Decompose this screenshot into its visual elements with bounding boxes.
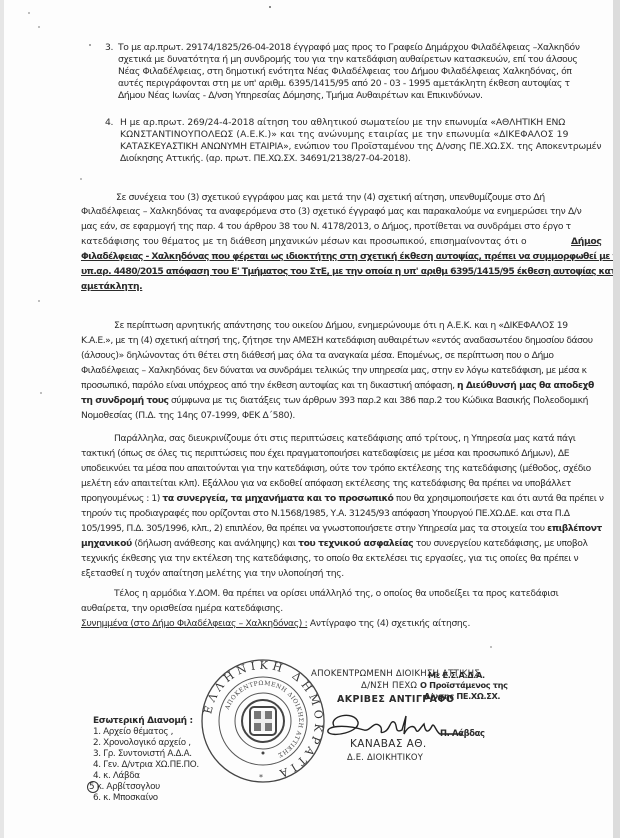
paragraph1-line: κατεδάφισης του θέματος με τη διάθεση μη…: [81, 236, 527, 248]
scan-speck: [490, 646, 492, 648]
paragraph3-line: προηγουμένως : 1) τα συνεργεία, τα μηχαν…: [81, 493, 604, 505]
distribution-item: 3. Γρ. Συντονιστή Α.Δ.Α.: [93, 749, 192, 760]
distribution-item: 2. Χρονολογικό αρχείο ,: [93, 738, 191, 749]
item3-line: σχετικά με δυνατότητα ή μη συνδρομής του…: [118, 54, 577, 66]
paragraph1-line: μας εάν, σε εφαρμογή της παρ. 4 του άρθρ…: [81, 221, 571, 233]
paragraph2-line: (άλσους)» δηλώνοντας ότι θέτει στη διάθε…: [81, 350, 554, 362]
signatory-name: Π. Λάβδας: [440, 727, 485, 739]
paragraph2-line: Νομοθεσίας (Π.Δ. της 14ης 07-1999, ΦΕΚ Δ…: [81, 410, 295, 422]
paragraph3-line: μελέτη εάν απαιτείται κλπ). Εξάλλου για …: [81, 478, 571, 490]
paragraph3-text: (δήλωση ανάθεσης και ανάληψης) και: [134, 538, 295, 549]
certifier-name: ΚΑΝΑΒΑΣ ΑΘ.: [350, 738, 427, 750]
paragraph3-text: προηγουμένως : 1): [81, 493, 160, 504]
distribution-item: 6. κ. Μποσκαίνο: [93, 793, 158, 804]
paragraph4-line: αυθαίρετα, την ορισθείσα ημέρα κατεδάφισ…: [81, 603, 283, 615]
scan-speck: [38, 300, 40, 302]
paragraph3-emphasis: τα συνεργεία, τα μηχανήματα και το προσω…: [162, 493, 393, 504]
item4-line: ΚΑΤΑΣΚΕΥΑΣΤΙΚΗ ΑΝΩΝΥΜΗ ΕΤΑΙΡΙΑ», ενώπιον…: [120, 141, 601, 153]
paragraph1-emphasis: υπ.αρ. 4480/2015 απόφαση του Ε' Τμήματος…: [81, 266, 613, 278]
distribution-item: 4. Γεν. Δ/ντρια ΧΩ.ΠΕ.ΠΟ.: [93, 760, 199, 771]
scan-speck: [28, 12, 30, 14]
signatory-line: Δ/νσης ΠΕ.ΧΩ.ΣΧ.: [424, 690, 500, 702]
list-number: 4.: [105, 117, 113, 129]
paragraph2-emphasis: η Διεύθυνσή μας θα αποδεχθ: [457, 380, 594, 391]
paragraph1-line: Φιλαδέλφειας – Χαλκηδόνας τα αναφερόμενα…: [81, 206, 581, 218]
item4-line: ΚΩΝΣΤΑΝΤΙΝΟΥΠΟΛΕΩΣ (Α.Ε.Κ.)» και της ανώ…: [120, 129, 569, 141]
paragraph2-emphasis: τη συνδρομή τους: [81, 395, 169, 406]
item3-line: Το με αρ.πρωτ. 29174/1825/26-04-2018 έγγ…: [118, 42, 580, 54]
paragraph3-emphasis: επιβλέποντ: [547, 523, 602, 534]
directorate-name: Δ/ΝΣΗ ΠΕΧΩ: [361, 680, 417, 692]
paragraph3-line: Παράλληλα, σας διευκρινίζουμε ότι στις π…: [114, 433, 576, 445]
scan-speck: [269, 6, 271, 8]
document-page: 3. Το με αρ.πρωτ. 29174/1825/26-04-2018 …: [4, 0, 613, 838]
paragraph1-line: Σε συνέχεια του (3) σχετικού εγγράφου μα…: [116, 192, 545, 204]
paragraph3-line: μηχανικού (δήλωση ανάθεσης και ανάληψης)…: [81, 538, 588, 550]
item3-line: αυτές περιγράφονται στη με υπ' αριθμ. 63…: [118, 78, 570, 90]
attachments-text: Αντίγραφο της (4) σχετικής αίτησης.: [310, 618, 470, 629]
list-number: 3.: [105, 42, 113, 54]
scan-speck: [38, 26, 40, 28]
paragraph2-line: Κ.Α.Ε.», με τη (4) σχετική αίτησή της, ζ…: [81, 335, 593, 347]
item4-line: Διοίκησης Αττικής. (αρ. πρωτ. ΠΕ.ΧΩ.ΣΧ. …: [120, 153, 410, 165]
item3-line: Δήμου Νέας Ιωνίας - Δ/νση Υπηρεσίας Δόμη…: [118, 90, 483, 102]
paragraph3-line: εξετασθεί η τυχόν απαίτηση μελέτης για τ…: [81, 568, 344, 580]
paragraph3-line: τηρούν τις προδιαγραφές που ορίζονται στ…: [81, 508, 570, 520]
paragraph3-line: τεχνικής έκθεσης για την εκτέλεση της κα…: [81, 553, 578, 565]
paragraph3-line: υποδεικνύει τα μέσα που απαιτούνται για …: [81, 463, 591, 475]
scan-speck: [40, 392, 42, 394]
paragraph2-line: Σε περίπτωση αρνητικής απάντησης του οικ…: [114, 320, 568, 332]
page-edge: [613, 0, 620, 838]
paragraph3-emphasis: του τεχνικού ασφαλείας: [298, 538, 413, 549]
paragraph3-text: 105/1995, Π.Δ. 305/1996, κλπ., 2) επιπλέ…: [81, 523, 545, 534]
paragraph2-line: τη συνδρομή τους σύμφωνα με τις διατάξει…: [81, 395, 588, 407]
official-stamp-icon: ΕΛΛΗΝΙΚΗ ΔΗΜΟΚΡΑΤΙΑ ΑΠΟΚΕΝΤΡΩΜΕΝΗ ΔΙΟΙΚΗ…: [198, 656, 328, 786]
paragraph2-text: σύμφωνα με τις διατάξεις των άρθρων 393 …: [171, 395, 588, 406]
paragraph2-text: προσωπικό, παρόλο είναι υπόχρεος από την…: [81, 380, 455, 391]
paragraph3-line: 105/1995, Π.Δ. 305/1996, κλπ., 2) επιπλέ…: [81, 523, 602, 535]
paragraph1-emphasis: αμετάκλητη.: [81, 281, 142, 293]
distribution-item: 1. Αρχείο θέματος ,: [93, 727, 173, 738]
paragraph3-text: που θα χρησιμοποιήσετε και ότι αυτά θα π…: [396, 493, 604, 504]
distribution-title: Εσωτερική Διανομή :: [93, 715, 193, 727]
item4-line: Η με αρ.πρωτ. 269/24-4-2018 αίτηση του α…: [120, 117, 565, 129]
attachments-line: Συνημμένα (στο Δήμο Φιλαδέλφειας – Χαλκη…: [81, 618, 470, 630]
handwritten-circle-icon: [86, 780, 100, 794]
paragraph3-emphasis: μηχανικού: [81, 538, 132, 549]
paragraph3-line: τακτική (όπως σε όλες τις περιπτώσεις πο…: [81, 448, 569, 460]
paragraph2-line: προσωπικό, παρόλο είναι υπόχρεος από την…: [81, 380, 594, 392]
certifier-role: Δ.Ε. ΔΙΟΙΚΗΤΙΚΟΥ: [347, 751, 423, 763]
paragraph1-emphasis: Φιλαδέλφειας - Χαλκηδόνας που φέρεται ως…: [81, 251, 613, 263]
paragraph4-line: Τέλος η αρμόδια Υ.ΔΟΜ. θα πρέπει να ορίσ…: [114, 588, 558, 600]
scan-speck: [89, 44, 91, 46]
scan-speck: [80, 178, 82, 180]
attachments-label: Συνημμένα (στο Δήμο Φιλαδέλφειας – Χαλκη…: [81, 618, 307, 629]
paragraph1-emphasis: Δήμος: [571, 236, 601, 248]
paragraph2-line: Φιλαδέλφειας – Χαλκηδόνας δεν δύναται να…: [81, 365, 587, 377]
svg-text:*: *: [259, 773, 263, 782]
item3-line: Νέας Φιλαδέλφειας, στη δημοτική ενότητα …: [118, 66, 572, 78]
paragraph3-text: του συνεργείου κατεδάφισης, με υποβολ: [416, 538, 588, 549]
distribution-item: 4. κ. Λάβδα: [93, 771, 140, 782]
